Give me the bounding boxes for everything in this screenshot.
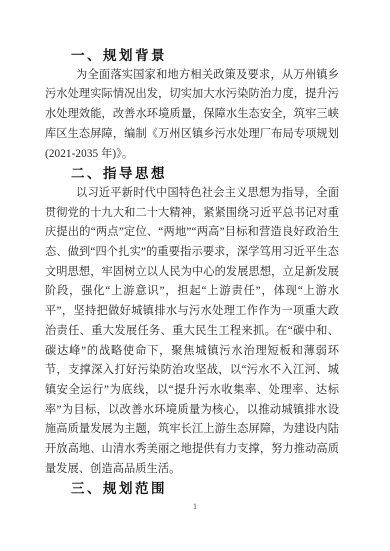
section-heading-planning-background: 一、规划背景 xyxy=(45,46,339,66)
page-number: 1 xyxy=(0,501,390,513)
planning-background-paragraph: 为全面落实国家和地方相关政策及要求，从万州镇乡污水处理实际情况出发，切实加大水污… xyxy=(45,66,339,165)
section-heading-guiding-ideology: 二、指导思想 xyxy=(45,164,339,184)
section-heading-planning-scope: 三、规划范围 xyxy=(45,479,339,499)
guiding-ideology-paragraph: 以习近平新时代中国特色社会主义思想为指导，全面贯彻党的十九大和二十大精神，紧紧围… xyxy=(45,184,339,480)
document-page: 一、规划背景 为全面落实国家和地方相关政策及要求，从万州镇乡污水处理实际情况出发… xyxy=(0,0,390,551)
document-content: 一、规划背景 为全面落实国家和地方相关政策及要求，从万州镇乡污水处理实际情况出发… xyxy=(45,46,339,499)
